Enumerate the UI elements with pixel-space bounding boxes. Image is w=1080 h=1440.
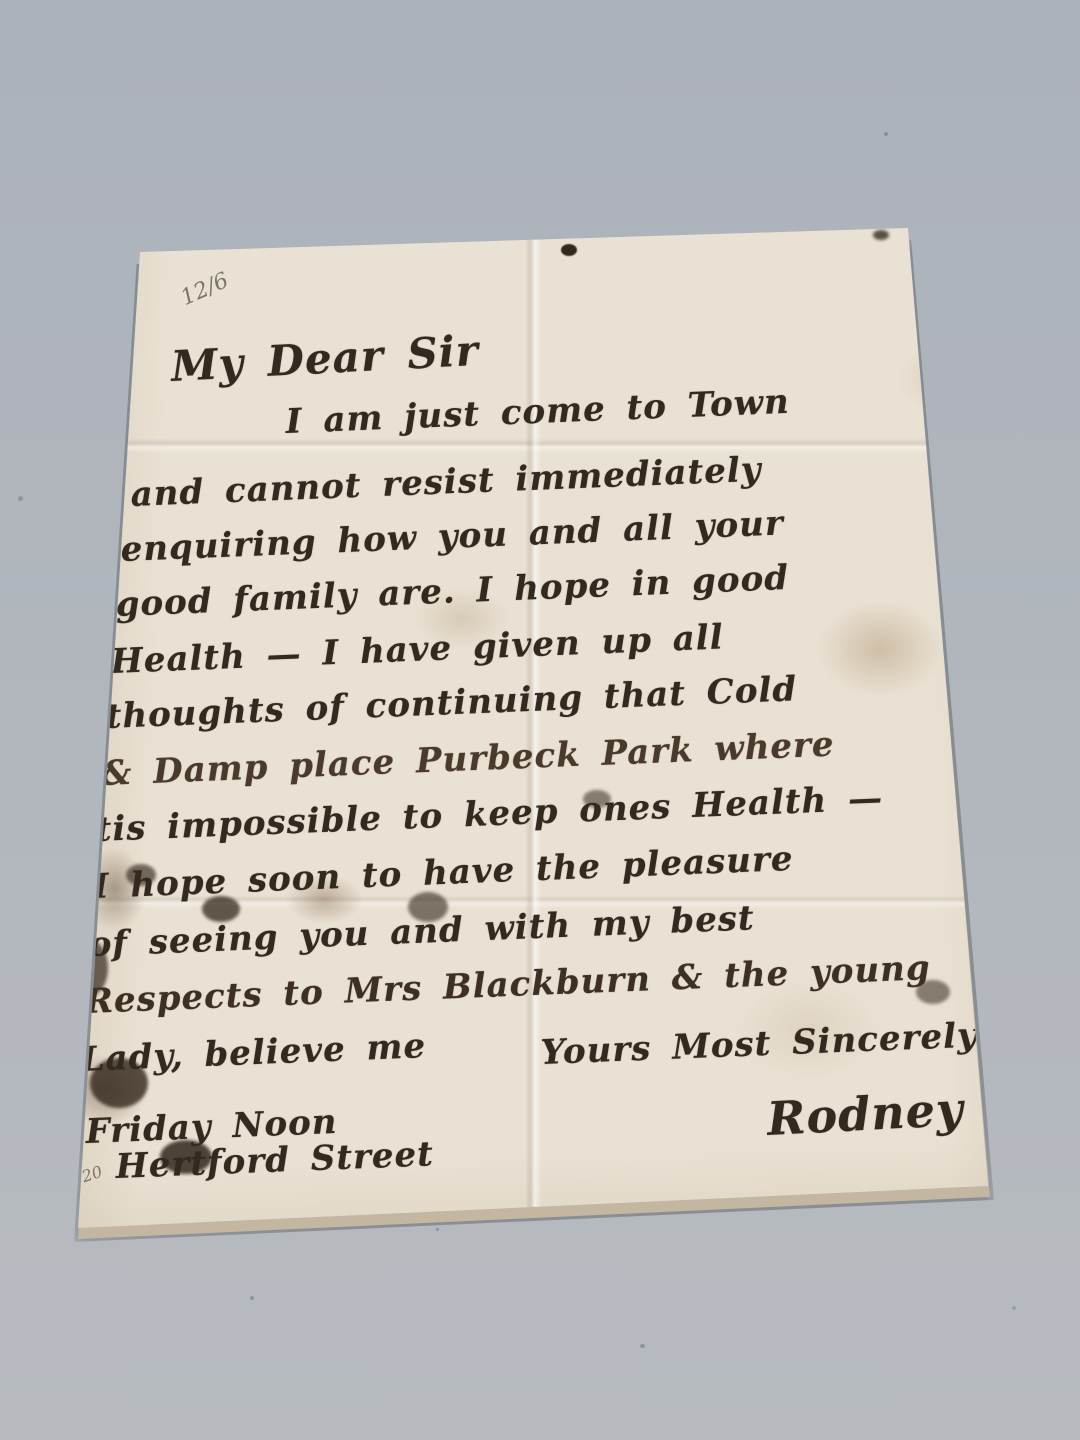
letter-photo: 12/6 My Dear Sir I am just come to Town … [0, 0, 1080, 1440]
pencil-mark-fraction: 12/6 [178, 270, 232, 310]
body-line: Health — I have given up all [110, 620, 724, 679]
pencil-mark-number: 20 [80, 1164, 104, 1186]
closing-line: Yours Most Sincerely [540, 1018, 978, 1070]
body-line: Lady, believe me [80, 1029, 427, 1077]
body-line: and cannot resist immediately [130, 453, 762, 512]
ink-blot [561, 244, 577, 256]
letter-paper: 12/6 My Dear Sir I am just come to Town … [78, 228, 990, 1230]
dust-speck [18, 496, 23, 501]
body-line: thoughts of continuing that Cold [105, 672, 798, 734]
body-line: tis impossible to keep ones Health — [95, 781, 884, 847]
body-line: good family are. I hope in good [115, 561, 790, 622]
body-line: Respects to Mrs Blackburn & the young [84, 951, 931, 1019]
dust-speck [1012, 1306, 1016, 1310]
salutation-line: My Dear Sir [170, 330, 480, 388]
dust-speck [884, 132, 888, 136]
signature: Rodney [766, 1086, 965, 1142]
body-line: enquiring how you and all your [120, 506, 784, 567]
body-line: I am just come to Town [285, 385, 790, 439]
dust-speck [640, 1344, 645, 1348]
body-line: I hope soon to have the pleasure [92, 842, 794, 904]
ink-blot [873, 230, 889, 240]
body-line: & Damp place Purbeck Park where [100, 728, 835, 791]
dust-speck [250, 1296, 254, 1300]
dust-speck [436, 1228, 439, 1231]
address-line: Hertford Street [115, 1137, 434, 1184]
